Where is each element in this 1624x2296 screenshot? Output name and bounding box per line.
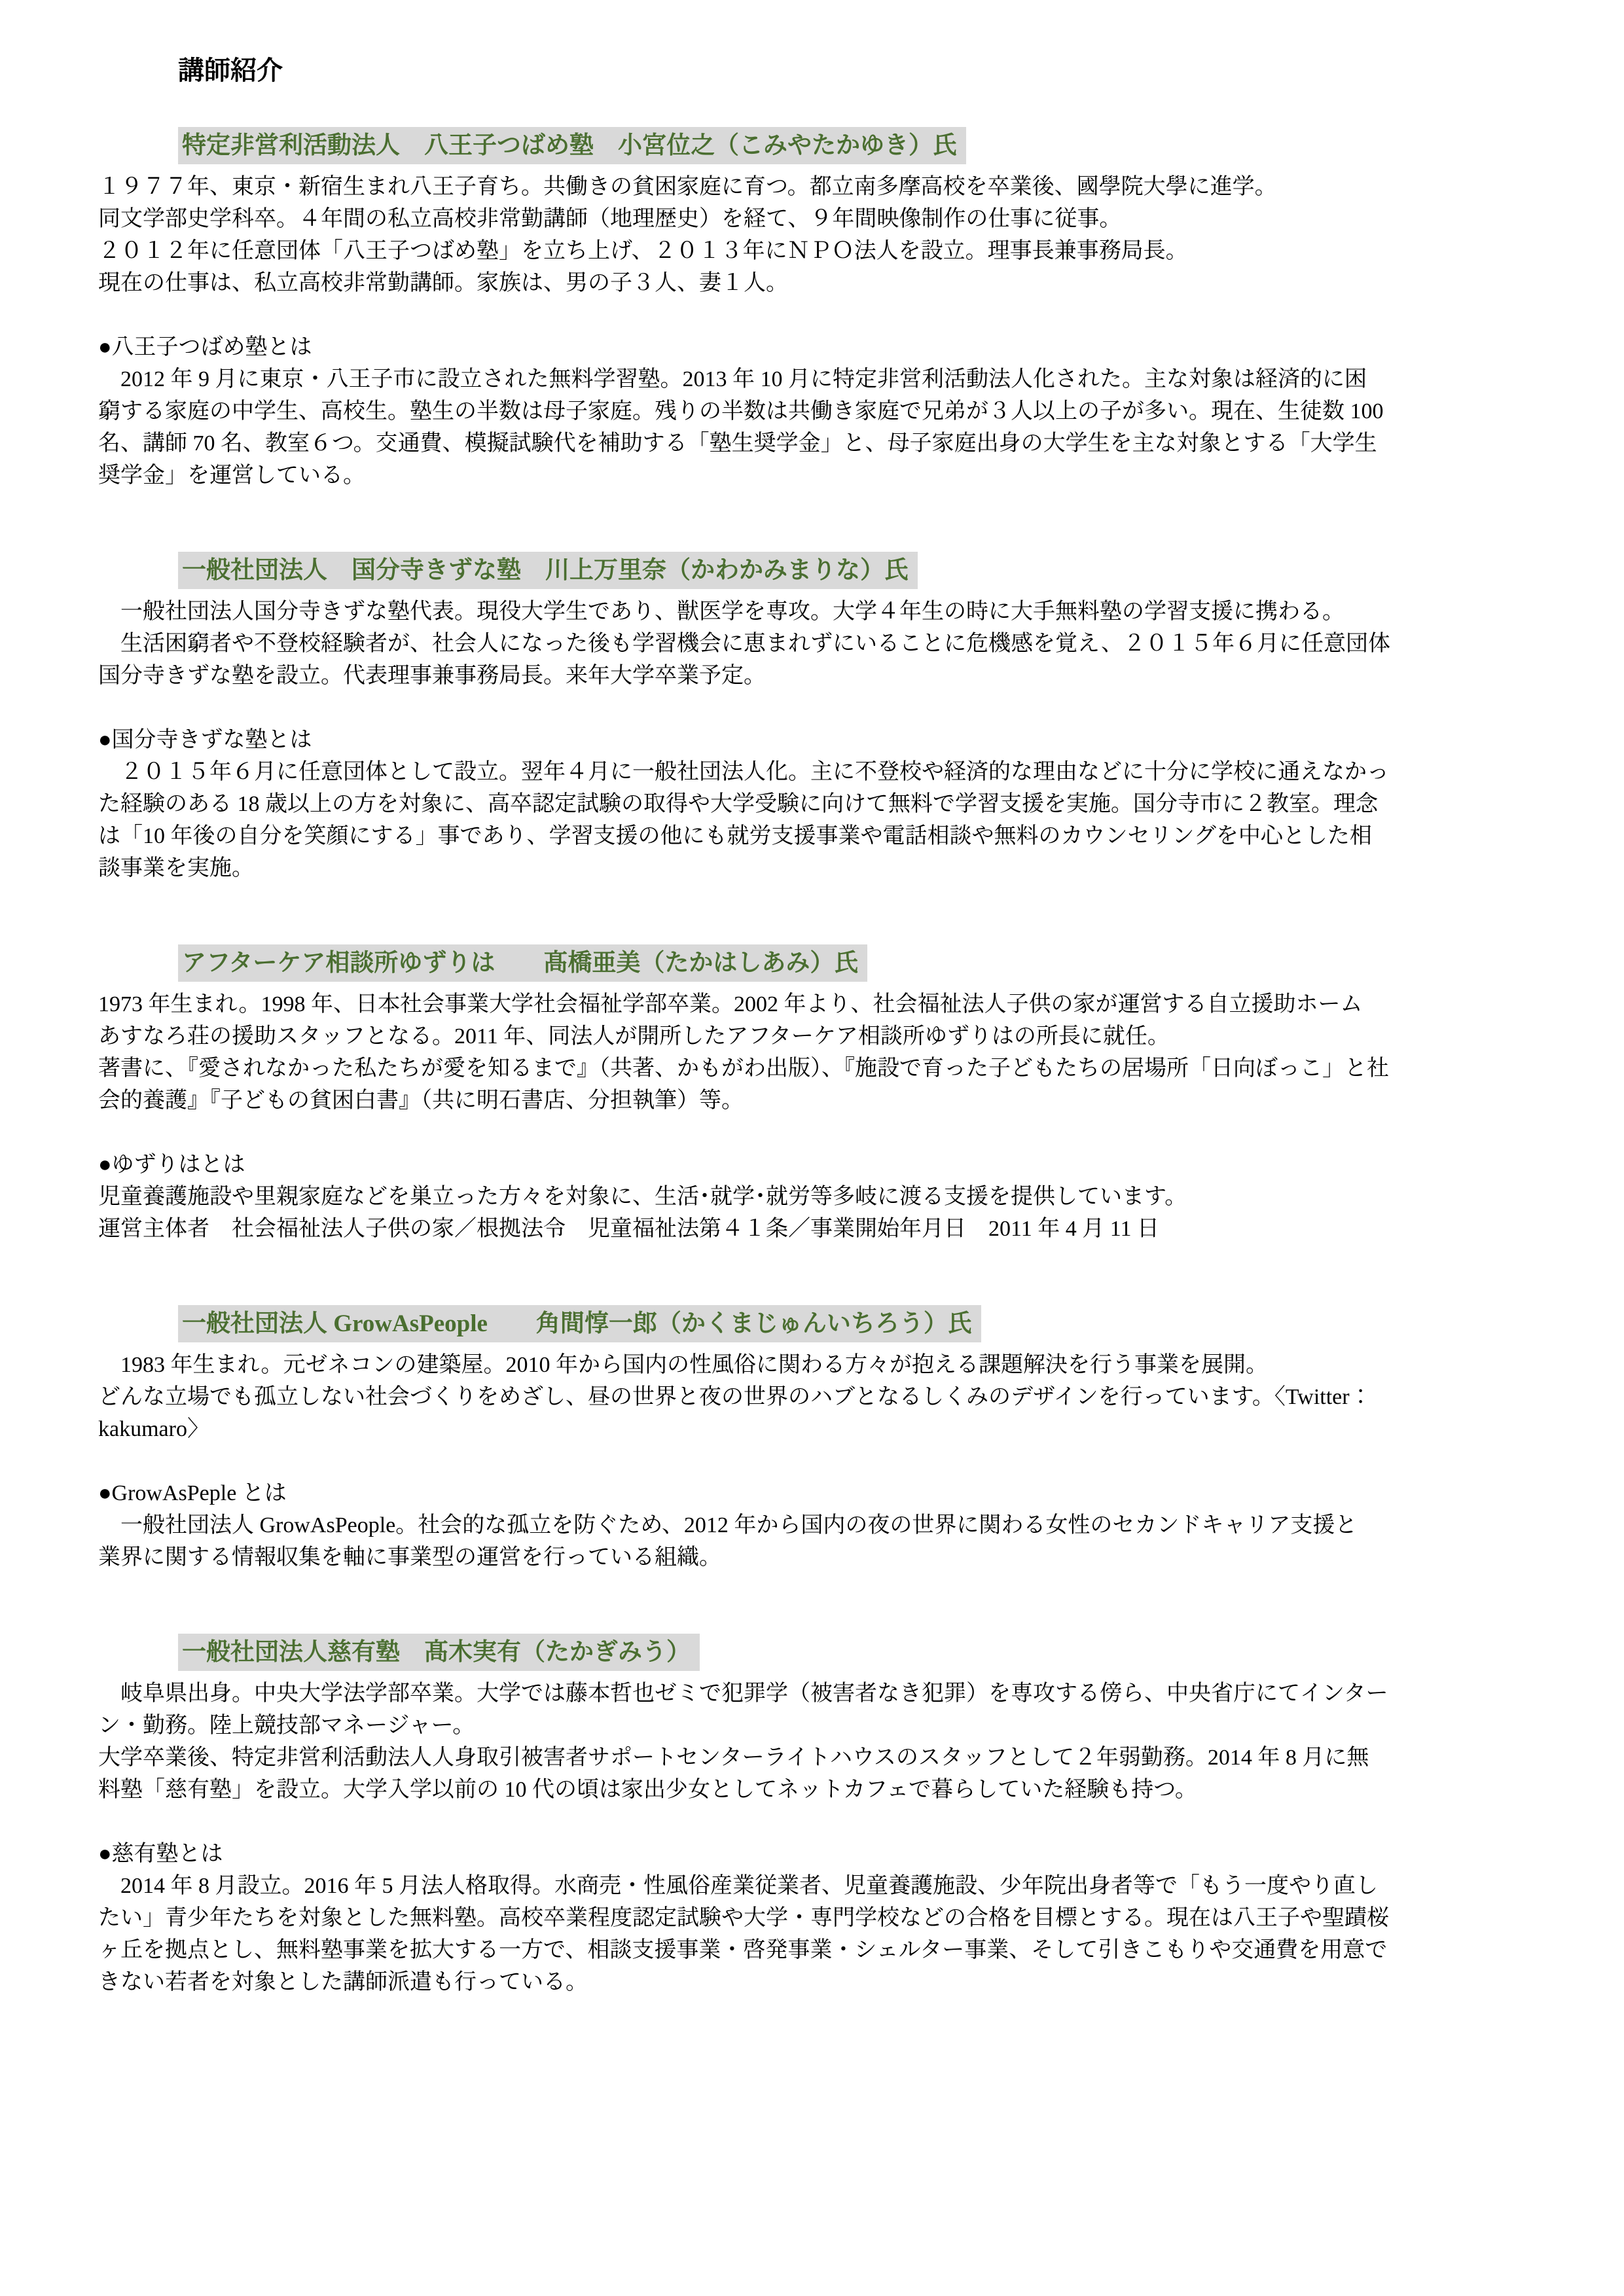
document-page: 講師紹介 特定非営利活動法人 八王子つばめ塾 小宮位之（こみやたかゆき）氏 １９… <box>0 0 1624 2296</box>
about-heading: ●GrowAsPeple とは <box>98 1477 1527 1509</box>
speaker-heading-row: アフターケア相談所ゆずりは 髙橋亜美（たかはしあみ）氏 <box>178 944 1527 982</box>
document-content: 講師紹介 特定非営利活動法人 八王子つばめ塾 小宮位之（こみやたかゆき）氏 １９… <box>0 0 1624 1998</box>
speaker-heading: 一般社団法人 GrowAsPeople 角間惇一郎（かくまじゅんいちろう）氏 <box>178 1305 981 1342</box>
speaker-heading: 特定非営利活動法人 八王子つばめ塾 小宮位之（こみやたかゆき）氏 <box>178 127 966 164</box>
about-heading: ●ゆずりはとは <box>98 1149 1527 1181</box>
speaker-heading-row: 一般社団法人 国分寺きずな塾 川上万里奈（かわかみまりな）氏 <box>178 552 1527 589</box>
speaker-section-growaspeople: 一般社団法人 GrowAsPeople 角間惇一郎（かくまじゅんいちろう）氏 1… <box>98 1305 1527 1573</box>
speaker-heading: 一般社団法人 国分寺きずな塾 川上万里奈（かわかみまりな）氏 <box>178 552 918 589</box>
speaker-bio: 一般社団法人国分寺きずな塾代表。現役大学生であり、獣医学を専攻。大学４年生の時に… <box>98 596 1527 692</box>
about-heading: ●国分寺きずな塾とは <box>98 724 1527 756</box>
about-body: 2012 年 9 月に東京・八王子市に設立された無料学習塾。2013 年 10 … <box>98 363 1527 492</box>
speaker-bio: 岐阜県出身。中央大学法学部卒業。大学では藤本哲也ゼミで犯罪学（被害者なき犯罪）を… <box>98 1677 1527 1806</box>
speaker-section-hachioji-tsubame: 特定非営利活動法人 八王子つばめ塾 小宮位之（こみやたかゆき）氏 １９７７年、東… <box>98 127 1527 492</box>
speaker-section-jiyujuku: 一般社団法人慈有塾 髙木実有（たかぎみう） 岐阜県出身。中央大学法学部卒業。大学… <box>98 1634 1527 1998</box>
speaker-heading: アフターケア相談所ゆずりは 髙橋亜美（たかはしあみ）氏 <box>178 944 867 982</box>
page-title: 講師紹介 <box>178 55 1527 86</box>
speaker-bio: 1973 年生まれ。1998 年、日本社会事業大学社会福祉学部卒業。2002 年… <box>98 988 1527 1117</box>
about-heading: ●慈有塾とは <box>98 1838 1527 1870</box>
speaker-heading: 一般社団法人慈有塾 髙木実有（たかぎみう） <box>178 1634 700 1671</box>
about-heading: ●八王子つばめ塾とは <box>98 331 1527 363</box>
speaker-bio: 1983 年生まれ。元ゼネコンの建築屋。2010 年から国内の性風俗に関わる方々… <box>98 1349 1527 1445</box>
speaker-heading-row: 特定非営利活動法人 八王子つばめ塾 小宮位之（こみやたかゆき）氏 <box>178 127 1527 164</box>
speaker-heading-row: 一般社団法人慈有塾 髙木実有（たかぎみう） <box>178 1634 1527 1671</box>
speaker-bio: １９７７年、東京・新宿生まれ八王子育ち。共働きの貧困家庭に育つ。都立南多摩高校を… <box>98 171 1527 299</box>
speaker-section-kokubunji-kizuna: 一般社団法人 国分寺きずな塾 川上万里奈（かわかみまりな）氏 一般社団法人国分寺… <box>98 552 1527 884</box>
about-body: 一般社団法人 GrowAsPeople。社会的な孤立を防ぐため、2012 年から… <box>98 1509 1527 1573</box>
about-body: 2014 年 8 月設立。2016 年 5 月法人格取得。水商売・性風俗産業従業… <box>98 1870 1527 1998</box>
about-body: ２０１５年６月に任意団体として設立。翌年４月に一般社団法人化。主に不登校や経済的… <box>98 756 1527 884</box>
about-body: 児童養護施設や里親家庭などを巣立った方々を対象に、生活･就学･就労等多岐に渡る支… <box>98 1181 1527 1245</box>
speaker-heading-row: 一般社団法人 GrowAsPeople 角間惇一郎（かくまじゅんいちろう）氏 <box>178 1305 1527 1342</box>
speaker-section-yuzuriha: アフターケア相談所ゆずりは 髙橋亜美（たかはしあみ）氏 1973 年生まれ。19… <box>98 944 1527 1245</box>
